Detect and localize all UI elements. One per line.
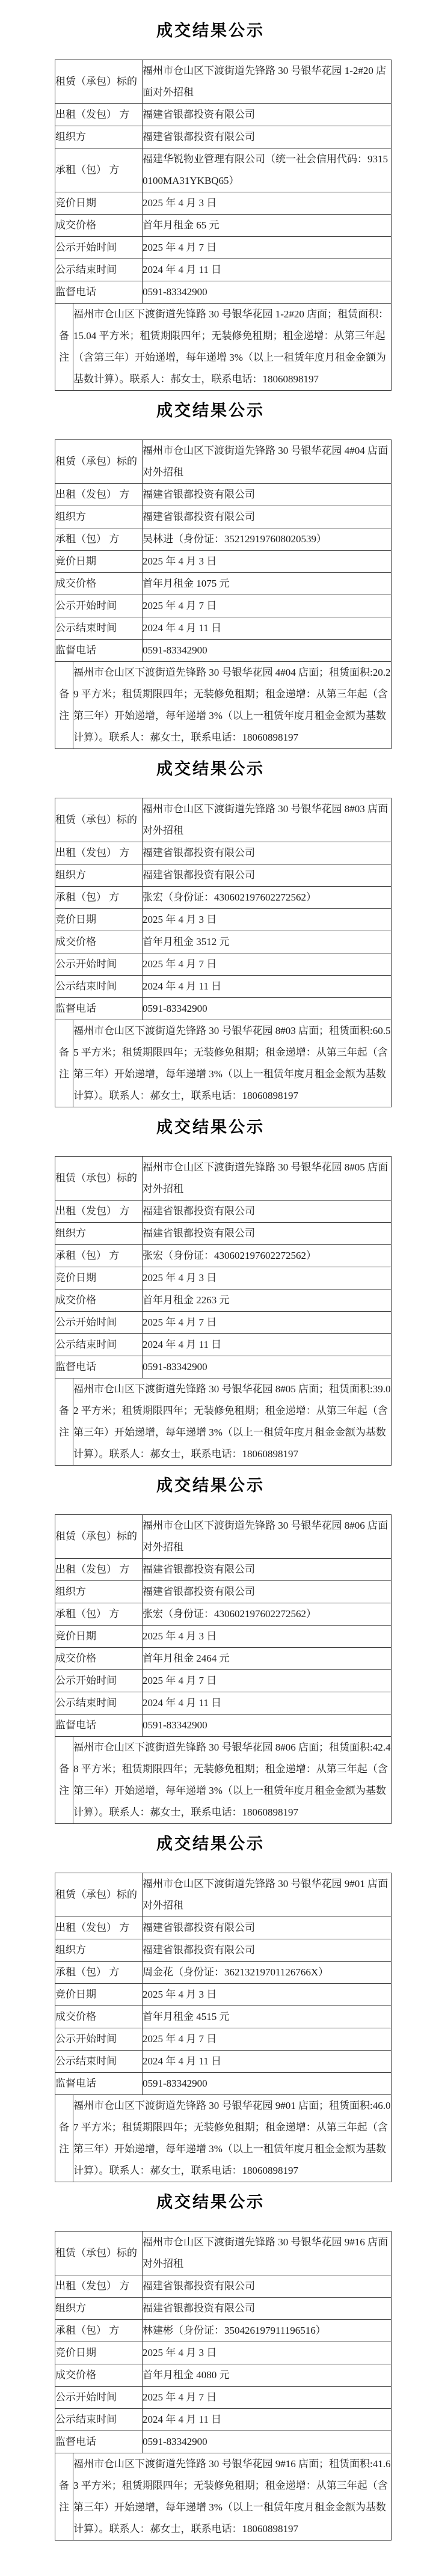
page-title: 成交结果公示	[0, 1475, 421, 1496]
field-label: 竞价日期	[55, 1626, 143, 1648]
field-label: 承租（包） 方	[55, 148, 143, 192]
field-label: 公示开始时间	[55, 595, 143, 617]
table-row: 出租（发包） 方福建省银都投资有限公司	[55, 104, 392, 126]
field-label: 成交价格	[55, 573, 143, 595]
table-row: 出租（发包） 方福建省银都投资有限公司	[55, 484, 392, 506]
table-row: 租赁（承包）标的福州市仓山区下渡街道先锋路 30 号银华花园 8#05 店面对外…	[55, 1157, 392, 1201]
field-label: 出租（发包） 方	[55, 1201, 143, 1223]
announcement-section: 成交结果公示 租赁（承包）标的福州市仓山区下渡街道先锋路 30 号银华花园 4#…	[0, 391, 421, 749]
field-label: 公示开始时间	[55, 1312, 143, 1334]
field-value: 福州市仓山区下渡街道先锋路 30 号银华花园 4#04 店面对外招租	[143, 440, 392, 484]
results-table: 租赁（承包）标的福州市仓山区下渡街道先锋路 30 号银华花园 8#06 店面对外…	[55, 1514, 392, 1824]
table-row: 监督电话0591-83342900	[55, 281, 392, 304]
field-value: 0591-83342900	[143, 998, 392, 1020]
field-value: 首年月租金 3512 元	[143, 931, 392, 953]
field-value: 2025 年 4 月 3 日	[143, 192, 392, 215]
field-value: 2025 年 4 月 7 日	[143, 2028, 392, 2051]
field-label: 出租（发包） 方	[55, 1917, 143, 1939]
table-row: 承租（包） 方张宏（身份证：430602197602272562）	[55, 1603, 392, 1626]
field-label: 监督电话	[55, 1715, 143, 1737]
table-row: 竞价日期2025 年 4 月 3 日	[55, 1267, 392, 1290]
field-value: 张宏（身份证：430602197602272562）	[143, 887, 392, 909]
field-label: 出租（发包） 方	[55, 104, 143, 126]
field-value: 福建省银都投资有限公司	[143, 2298, 392, 2320]
remark-row: 备注福州市仓山区下渡街道先锋路 30 号银华花园 9#16 店面；租赁面积:41…	[55, 2453, 392, 2541]
remark-row: 备注福州市仓山区下渡街道先锋路 30 号银华花园 4#04 店面；租赁面积:20…	[55, 662, 392, 749]
field-value: 0591-83342900	[143, 640, 392, 662]
remark-text: 福州市仓山区下渡街道先锋路 30 号银华花园 9#16 店面；租赁面积:41.6…	[73, 2453, 392, 2541]
field-label: 租赁（承包）标的	[55, 2232, 143, 2275]
remark-label-char: 注	[55, 1780, 73, 1802]
field-value: 周金花（身份证：36213219701126766X）	[143, 1962, 392, 1984]
table-row: 租赁（承包）标的福州市仓山区下渡街道先锋路 30 号银华花园 9#16 店面对外…	[55, 2232, 392, 2275]
field-label: 组织方	[55, 1223, 143, 1245]
announcement-section: 成交结果公示 租赁（承包）标的福州市仓山区下渡街道先锋路 30 号银华花园 1-…	[0, 0, 421, 391]
remark-label-char: 备	[55, 2117, 73, 2138]
table-row: 公示开始时间2025 年 4 月 7 日	[55, 1312, 392, 1334]
table-row: 租赁（承包）标的福州市仓山区下渡街道先锋路 30 号银华花园 8#03 店面对外…	[55, 798, 392, 842]
field-label: 出租（发包） 方	[55, 842, 143, 864]
remark-row: 备注福州市仓山区下渡街道先锋路 30 号银华花园 8#05 店面；租赁面积:39…	[55, 1378, 392, 1466]
field-label: 成交价格	[55, 931, 143, 953]
field-value: 2024 年 4 月 11 日	[143, 1692, 392, 1715]
field-value: 2024 年 4 月 11 日	[143, 1334, 392, 1356]
table-row: 公示结束时间2024 年 4 月 11 日	[55, 1692, 392, 1715]
field-value: 福建省银都投资有限公司	[143, 842, 392, 864]
field-value: 首年月租金 4515 元	[143, 2006, 392, 2028]
remark-label-char: 注	[55, 1422, 73, 1443]
field-value: 2025 年 4 月 3 日	[143, 1267, 392, 1290]
page-title: 成交结果公示	[0, 759, 421, 780]
remark-label-char: 备	[55, 684, 73, 705]
table-row: 公示开始时间2025 年 4 月 7 日	[55, 595, 392, 617]
field-value: 2025 年 4 月 3 日	[143, 551, 392, 573]
field-value: 福建省银都投资有限公司	[143, 1939, 392, 1962]
field-value: 首年月租金 65 元	[143, 215, 392, 237]
field-value: 2025 年 4 月 3 日	[143, 909, 392, 931]
field-label: 公示结束时间	[55, 259, 143, 281]
field-value: 福建省银都投资有限公司	[143, 1201, 392, 1223]
table-row: 成交价格首年月租金 3512 元	[55, 931, 392, 953]
table-row: 租赁（承包）标的福州市仓山区下渡街道先锋路 30 号银华花园 4#04 店面对外…	[55, 440, 392, 484]
remark-row: 备注福州市仓山区下渡街道先锋路 30 号银华花园 8#06 店面；租赁面积:42…	[55, 1737, 392, 1824]
table-row: 承租（包） 方林建彬（身份证：350426197911196516）	[55, 2320, 392, 2342]
table-row: 监督电话0591-83342900	[55, 2073, 392, 2095]
field-label: 公示结束时间	[55, 1692, 143, 1715]
field-label: 监督电话	[55, 1356, 143, 1378]
field-value: 2024 年 4 月 11 日	[143, 2409, 392, 2431]
remark-label-char: 备	[55, 1400, 73, 1422]
table-row: 租赁（承包）标的福州市仓山区下渡街道先锋路 30 号银华花园 1-2#20 店面…	[55, 60, 392, 104]
remark-label-char: 注	[55, 705, 73, 727]
table-row: 竞价日期2025 年 4 月 3 日	[55, 192, 392, 215]
table-row: 租赁（承包）标的福州市仓山区下渡街道先锋路 30 号银华花园 9#01 店面对外…	[55, 1873, 392, 1917]
remark-text: 福州市仓山区下渡街道先锋路 30 号银华花园 1-2#20 店面；租赁面积：15…	[73, 304, 392, 391]
field-value: 0591-83342900	[143, 1715, 392, 1737]
table-row: 监督电话0591-83342900	[55, 998, 392, 1020]
field-label: 组织方	[55, 126, 143, 148]
page-title: 成交结果公示	[0, 20, 421, 41]
field-value: 2024 年 4 月 11 日	[143, 617, 392, 640]
field-label: 公示结束时间	[55, 1334, 143, 1356]
table-row: 公示结束时间2024 年 4 月 11 日	[55, 2409, 392, 2431]
field-value: 0591-83342900	[143, 2073, 392, 2095]
announcement-section: 成交结果公示 租赁（承包）标的福州市仓山区下渡街道先锋路 30 号银华花园 9#…	[0, 2182, 421, 2541]
announcement-section: 成交结果公示 租赁（承包）标的福州市仓山区下渡街道先锋路 30 号银华花园 8#…	[0, 749, 421, 1107]
table-row: 监督电话0591-83342900	[55, 2431, 392, 2453]
table-row: 出租（发包） 方福建省银都投资有限公司	[55, 1917, 392, 1939]
table-row: 公示结束时间2024 年 4 月 11 日	[55, 259, 392, 281]
field-label: 租赁（承包）标的	[55, 60, 143, 104]
remark-text: 福州市仓山区下渡街道先锋路 30 号银华花园 8#06 店面；租赁面积:42.4…	[73, 1737, 392, 1824]
field-label: 监督电话	[55, 640, 143, 662]
field-label: 租赁（承包）标的	[55, 798, 143, 842]
table-row: 公示结束时间2024 年 4 月 11 日	[55, 2051, 392, 2073]
announcement-section: 成交结果公示 租赁（承包）标的福州市仓山区下渡街道先锋路 30 号银华花园 8#…	[0, 1466, 421, 1824]
page-title: 成交结果公示	[0, 400, 421, 421]
field-label: 公示结束时间	[55, 2409, 143, 2431]
table-row: 竞价日期2025 年 4 月 3 日	[55, 909, 392, 931]
field-label: 出租（发包） 方	[55, 484, 143, 506]
field-value: 2024 年 4 月 11 日	[143, 2051, 392, 2073]
field-value: 福州市仓山区下渡街道先锋路 30 号银华花园 9#01 店面对外招租	[143, 1873, 392, 1917]
results-table: 租赁（承包）标的福州市仓山区下渡街道先锋路 30 号银华花园 8#05 店面对外…	[55, 1156, 392, 1466]
table-row: 竞价日期2025 年 4 月 3 日	[55, 551, 392, 573]
table-row: 出租（发包） 方福建省银都投资有限公司	[55, 1201, 392, 1223]
table-row: 成交价格首年月租金 65 元	[55, 215, 392, 237]
field-value: 2025 年 4 月 7 日	[143, 237, 392, 259]
field-label: 竞价日期	[55, 2342, 143, 2364]
field-label: 监督电话	[55, 998, 143, 1020]
table-row: 竞价日期2025 年 4 月 3 日	[55, 1984, 392, 2006]
table-row: 承租（包） 方张宏（身份证：430602197602272562）	[55, 887, 392, 909]
field-value: 2025 年 4 月 3 日	[143, 1984, 392, 2006]
field-label: 成交价格	[55, 1648, 143, 1670]
page-title: 成交结果公示	[0, 1117, 421, 1138]
table-row: 组织方福建省银都投资有限公司	[55, 1223, 392, 1245]
field-value: 福州市仓山区下渡街道先锋路 30 号银华花园 1-2#20 店面对外招租	[143, 60, 392, 104]
remark-label: 备注	[55, 2095, 73, 2182]
remark-label: 备注	[55, 1737, 73, 1824]
table-row: 租赁（承包）标的福州市仓山区下渡街道先锋路 30 号银华花园 8#06 店面对外…	[55, 1515, 392, 1559]
field-label: 竞价日期	[55, 1984, 143, 2006]
field-label: 租赁（承包）标的	[55, 440, 143, 484]
remark-label-char: 备	[55, 325, 73, 347]
field-label: 竞价日期	[55, 192, 143, 215]
field-value: 福建省银都投资有限公司	[143, 1917, 392, 1939]
remark-label: 备注	[55, 2453, 73, 2541]
table-row: 承租（包） 方张宏（身份证：430602197602272562）	[55, 1245, 392, 1267]
remark-label: 备注	[55, 304, 73, 391]
field-label: 公示开始时间	[55, 953, 143, 976]
page-title: 成交结果公示	[0, 2192, 421, 2213]
table-row: 监督电话0591-83342900	[55, 640, 392, 662]
field-value: 0591-83342900	[143, 2431, 392, 2453]
field-label: 公示开始时间	[55, 1670, 143, 1692]
remark-label-char: 备	[55, 1758, 73, 1780]
remark-label: 备注	[55, 662, 73, 749]
remark-label-char: 备	[55, 1042, 73, 1063]
field-value: 福建省银都投资有限公司	[143, 506, 392, 528]
table-row: 成交价格首年月租金 2464 元	[55, 1648, 392, 1670]
table-row: 公示结束时间2024 年 4 月 11 日	[55, 1334, 392, 1356]
field-label: 出租（发包） 方	[55, 1559, 143, 1581]
table-row: 出租（发包） 方福建省银都投资有限公司	[55, 2275, 392, 2298]
field-label: 竞价日期	[55, 909, 143, 931]
field-value: 福建华锐物业管理有限公司（统一社会信用代码：93150100MA31YKBQ65…	[143, 148, 392, 192]
field-value: 首年月租金 1075 元	[143, 573, 392, 595]
field-label: 公示结束时间	[55, 976, 143, 998]
remark-label-char: 注	[55, 347, 73, 369]
field-value: 福州市仓山区下渡街道先锋路 30 号银华花园 8#06 店面对外招租	[143, 1515, 392, 1559]
field-label: 承租（包） 方	[55, 528, 143, 551]
announcement-section: 成交结果公示 租赁（承包）标的福州市仓山区下渡街道先锋路 30 号银华花园 8#…	[0, 1107, 421, 1466]
table-row: 公示结束时间2024 年 4 月 11 日	[55, 976, 392, 998]
field-label: 公示开始时间	[55, 2387, 143, 2409]
field-value: 福建省银都投资有限公司	[143, 126, 392, 148]
field-label: 组织方	[55, 1581, 143, 1603]
field-label: 公示开始时间	[55, 237, 143, 259]
field-label: 组织方	[55, 864, 143, 887]
page-title: 成交结果公示	[0, 1834, 421, 1855]
field-label: 承租（包） 方	[55, 1962, 143, 1984]
remark-row: 备注福州市仓山区下渡街道先锋路 30 号银华花园 8#03 店面；租赁面积:60…	[55, 1020, 392, 1107]
field-value: 福建省银都投资有限公司	[143, 484, 392, 506]
table-row: 成交价格首年月租金 4080 元	[55, 2364, 392, 2387]
field-value: 2025 年 4 月 7 日	[143, 953, 392, 976]
table-row: 公示结束时间2024 年 4 月 11 日	[55, 617, 392, 640]
remark-label: 备注	[55, 1378, 73, 1466]
document-page: 成交结果公示 租赁（承包）标的福州市仓山区下渡街道先锋路 30 号银华花园 1-…	[0, 0, 421, 2565]
table-row: 承租（包） 方吴林进（身份证：352129197608020539）	[55, 528, 392, 551]
field-label: 组织方	[55, 2298, 143, 2320]
field-value: 吴林进（身份证：352129197608020539）	[143, 528, 392, 551]
remark-text: 福州市仓山区下渡街道先锋路 30 号银华花园 9#01 店面；租赁面积:46.0…	[73, 2095, 392, 2182]
field-value: 福州市仓山区下渡街道先锋路 30 号银华花园 9#16 店面对外招租	[143, 2232, 392, 2275]
results-table: 租赁（承包）标的福州市仓山区下渡街道先锋路 30 号银华花园 4#04 店面对外…	[55, 439, 392, 749]
table-row: 监督电话0591-83342900	[55, 1715, 392, 1737]
table-row: 竞价日期2025 年 4 月 3 日	[55, 1626, 392, 1648]
field-label: 监督电话	[55, 2431, 143, 2453]
field-value: 0591-83342900	[143, 281, 392, 304]
field-label: 公示开始时间	[55, 2028, 143, 2051]
field-value: 2025 年 4 月 7 日	[143, 2387, 392, 2409]
table-row: 组织方福建省银都投资有限公司	[55, 1581, 392, 1603]
table-row: 成交价格首年月租金 4515 元	[55, 2006, 392, 2028]
table-row: 组织方福建省银都投资有限公司	[55, 126, 392, 148]
field-value: 首年月租金 4080 元	[143, 2364, 392, 2387]
table-row: 成交价格首年月租金 1075 元	[55, 573, 392, 595]
results-table: 租赁（承包）标的福州市仓山区下渡街道先锋路 30 号银华花园 9#01 店面对外…	[55, 1873, 392, 2182]
remark-text: 福州市仓山区下渡街道先锋路 30 号银华花园 4#04 店面；租赁面积:20.2…	[73, 662, 392, 749]
table-row: 公示开始时间2025 年 4 月 7 日	[55, 2028, 392, 2051]
field-value: 福建省银都投资有限公司	[143, 1559, 392, 1581]
field-label: 公示结束时间	[55, 617, 143, 640]
remark-row: 备注福州市仓山区下渡街道先锋路 30 号银华花园 9#01 店面；租赁面积:46…	[55, 2095, 392, 2182]
announcement-section: 成交结果公示 租赁（承包）标的福州市仓山区下渡街道先锋路 30 号银华花园 9#…	[0, 1824, 421, 2182]
remark-label-char: 注	[55, 1063, 73, 1085]
table-row: 成交价格首年月租金 2263 元	[55, 1290, 392, 1312]
field-value: 福州市仓山区下渡街道先锋路 30 号银华花园 8#05 店面对外招租	[143, 1157, 392, 1201]
table-row: 组织方福建省银都投资有限公司	[55, 1939, 392, 1962]
field-label: 租赁（承包）标的	[55, 1157, 143, 1201]
field-value: 首年月租金 2464 元	[143, 1648, 392, 1670]
field-value: 张宏（身份证：430602197602272562）	[143, 1245, 392, 1267]
field-label: 出租（发包） 方	[55, 2275, 143, 2298]
field-value: 福州市仓山区下渡街道先锋路 30 号银华花园 8#03 店面对外招租	[143, 798, 392, 842]
field-label: 承租（包） 方	[55, 1245, 143, 1267]
field-label: 承租（包） 方	[55, 887, 143, 909]
field-value: 0591-83342900	[143, 1356, 392, 1378]
field-label: 成交价格	[55, 2006, 143, 2028]
field-label: 监督电话	[55, 2073, 143, 2095]
remark-text: 福州市仓山区下渡街道先锋路 30 号银华花园 8#05 店面；租赁面积:39.0…	[73, 1378, 392, 1466]
field-value: 首年月租金 2263 元	[143, 1290, 392, 1312]
field-value: 张宏（身份证：430602197602272562）	[143, 1603, 392, 1626]
table-row: 竞价日期2025 年 4 月 3 日	[55, 2342, 392, 2364]
table-row: 公示开始时间2025 年 4 月 7 日	[55, 237, 392, 259]
remark-text: 福州市仓山区下渡街道先锋路 30 号银华花园 8#03 店面；租赁面积:60.5…	[73, 1020, 392, 1107]
remark-label: 备注	[55, 1020, 73, 1107]
field-value: 林建彬（身份证：350426197911196516）	[143, 2320, 392, 2342]
field-label: 公示结束时间	[55, 2051, 143, 2073]
field-value: 2025 年 4 月 7 日	[143, 595, 392, 617]
field-value: 福建省银都投资有限公司	[143, 1581, 392, 1603]
field-value: 2025 年 4 月 7 日	[143, 1312, 392, 1334]
field-value: 福建省银都投资有限公司	[143, 864, 392, 887]
field-label: 组织方	[55, 506, 143, 528]
table-row: 公示开始时间2025 年 4 月 7 日	[55, 2387, 392, 2409]
field-value: 2025 年 4 月 7 日	[143, 1670, 392, 1692]
field-label: 租赁（承包）标的	[55, 1515, 143, 1559]
field-label: 成交价格	[55, 2364, 143, 2387]
field-label: 租赁（承包）标的	[55, 1873, 143, 1917]
results-table: 租赁（承包）标的福州市仓山区下渡街道先锋路 30 号银华花园 1-2#20 店面…	[55, 60, 392, 391]
field-label: 监督电话	[55, 281, 143, 304]
table-row: 承租（包） 方福建华锐物业管理有限公司（统一社会信用代码：93150100MA3…	[55, 148, 392, 192]
field-label: 组织方	[55, 1939, 143, 1962]
results-table: 租赁（承包）标的福州市仓山区下渡街道先锋路 30 号银华花园 9#16 店面对外…	[55, 2231, 392, 2541]
remark-label-char: 备	[55, 2475, 73, 2497]
field-value: 2024 年 4 月 11 日	[143, 976, 392, 998]
results-table: 租赁（承包）标的福州市仓山区下渡街道先锋路 30 号银华花园 8#03 店面对外…	[55, 798, 392, 1107]
field-label: 承租（包） 方	[55, 1603, 143, 1626]
field-value: 福建省银都投资有限公司	[143, 104, 392, 126]
field-value: 2024 年 4 月 11 日	[143, 259, 392, 281]
field-value: 2025 年 4 月 3 日	[143, 1626, 392, 1648]
field-value: 福建省银都投资有限公司	[143, 1223, 392, 1245]
table-row: 公示开始时间2025 年 4 月 7 日	[55, 1670, 392, 1692]
remark-label-char: 注	[55, 2138, 73, 2160]
field-label: 承租（包） 方	[55, 2320, 143, 2342]
field-label: 成交价格	[55, 1290, 143, 1312]
table-row: 公示开始时间2025 年 4 月 7 日	[55, 953, 392, 976]
table-row: 承租（包） 方周金花（身份证：36213219701126766X）	[55, 1962, 392, 1984]
table-row: 组织方福建省银都投资有限公司	[55, 2298, 392, 2320]
field-value: 2025 年 4 月 3 日	[143, 2342, 392, 2364]
remark-label-char: 注	[55, 2497, 73, 2518]
field-label: 成交价格	[55, 215, 143, 237]
remark-row: 备注福州市仓山区下渡街道先锋路 30 号银华花园 1-2#20 店面；租赁面积：…	[55, 304, 392, 391]
field-label: 竞价日期	[55, 1267, 143, 1290]
table-row: 组织方福建省银都投资有限公司	[55, 506, 392, 528]
table-row: 组织方福建省银都投资有限公司	[55, 864, 392, 887]
table-row: 出租（发包） 方福建省银都投资有限公司	[55, 1559, 392, 1581]
table-row: 监督电话0591-83342900	[55, 1356, 392, 1378]
field-label: 竞价日期	[55, 551, 143, 573]
field-value: 福建省银都投资有限公司	[143, 2275, 392, 2298]
table-row: 出租（发包） 方福建省银都投资有限公司	[55, 842, 392, 864]
